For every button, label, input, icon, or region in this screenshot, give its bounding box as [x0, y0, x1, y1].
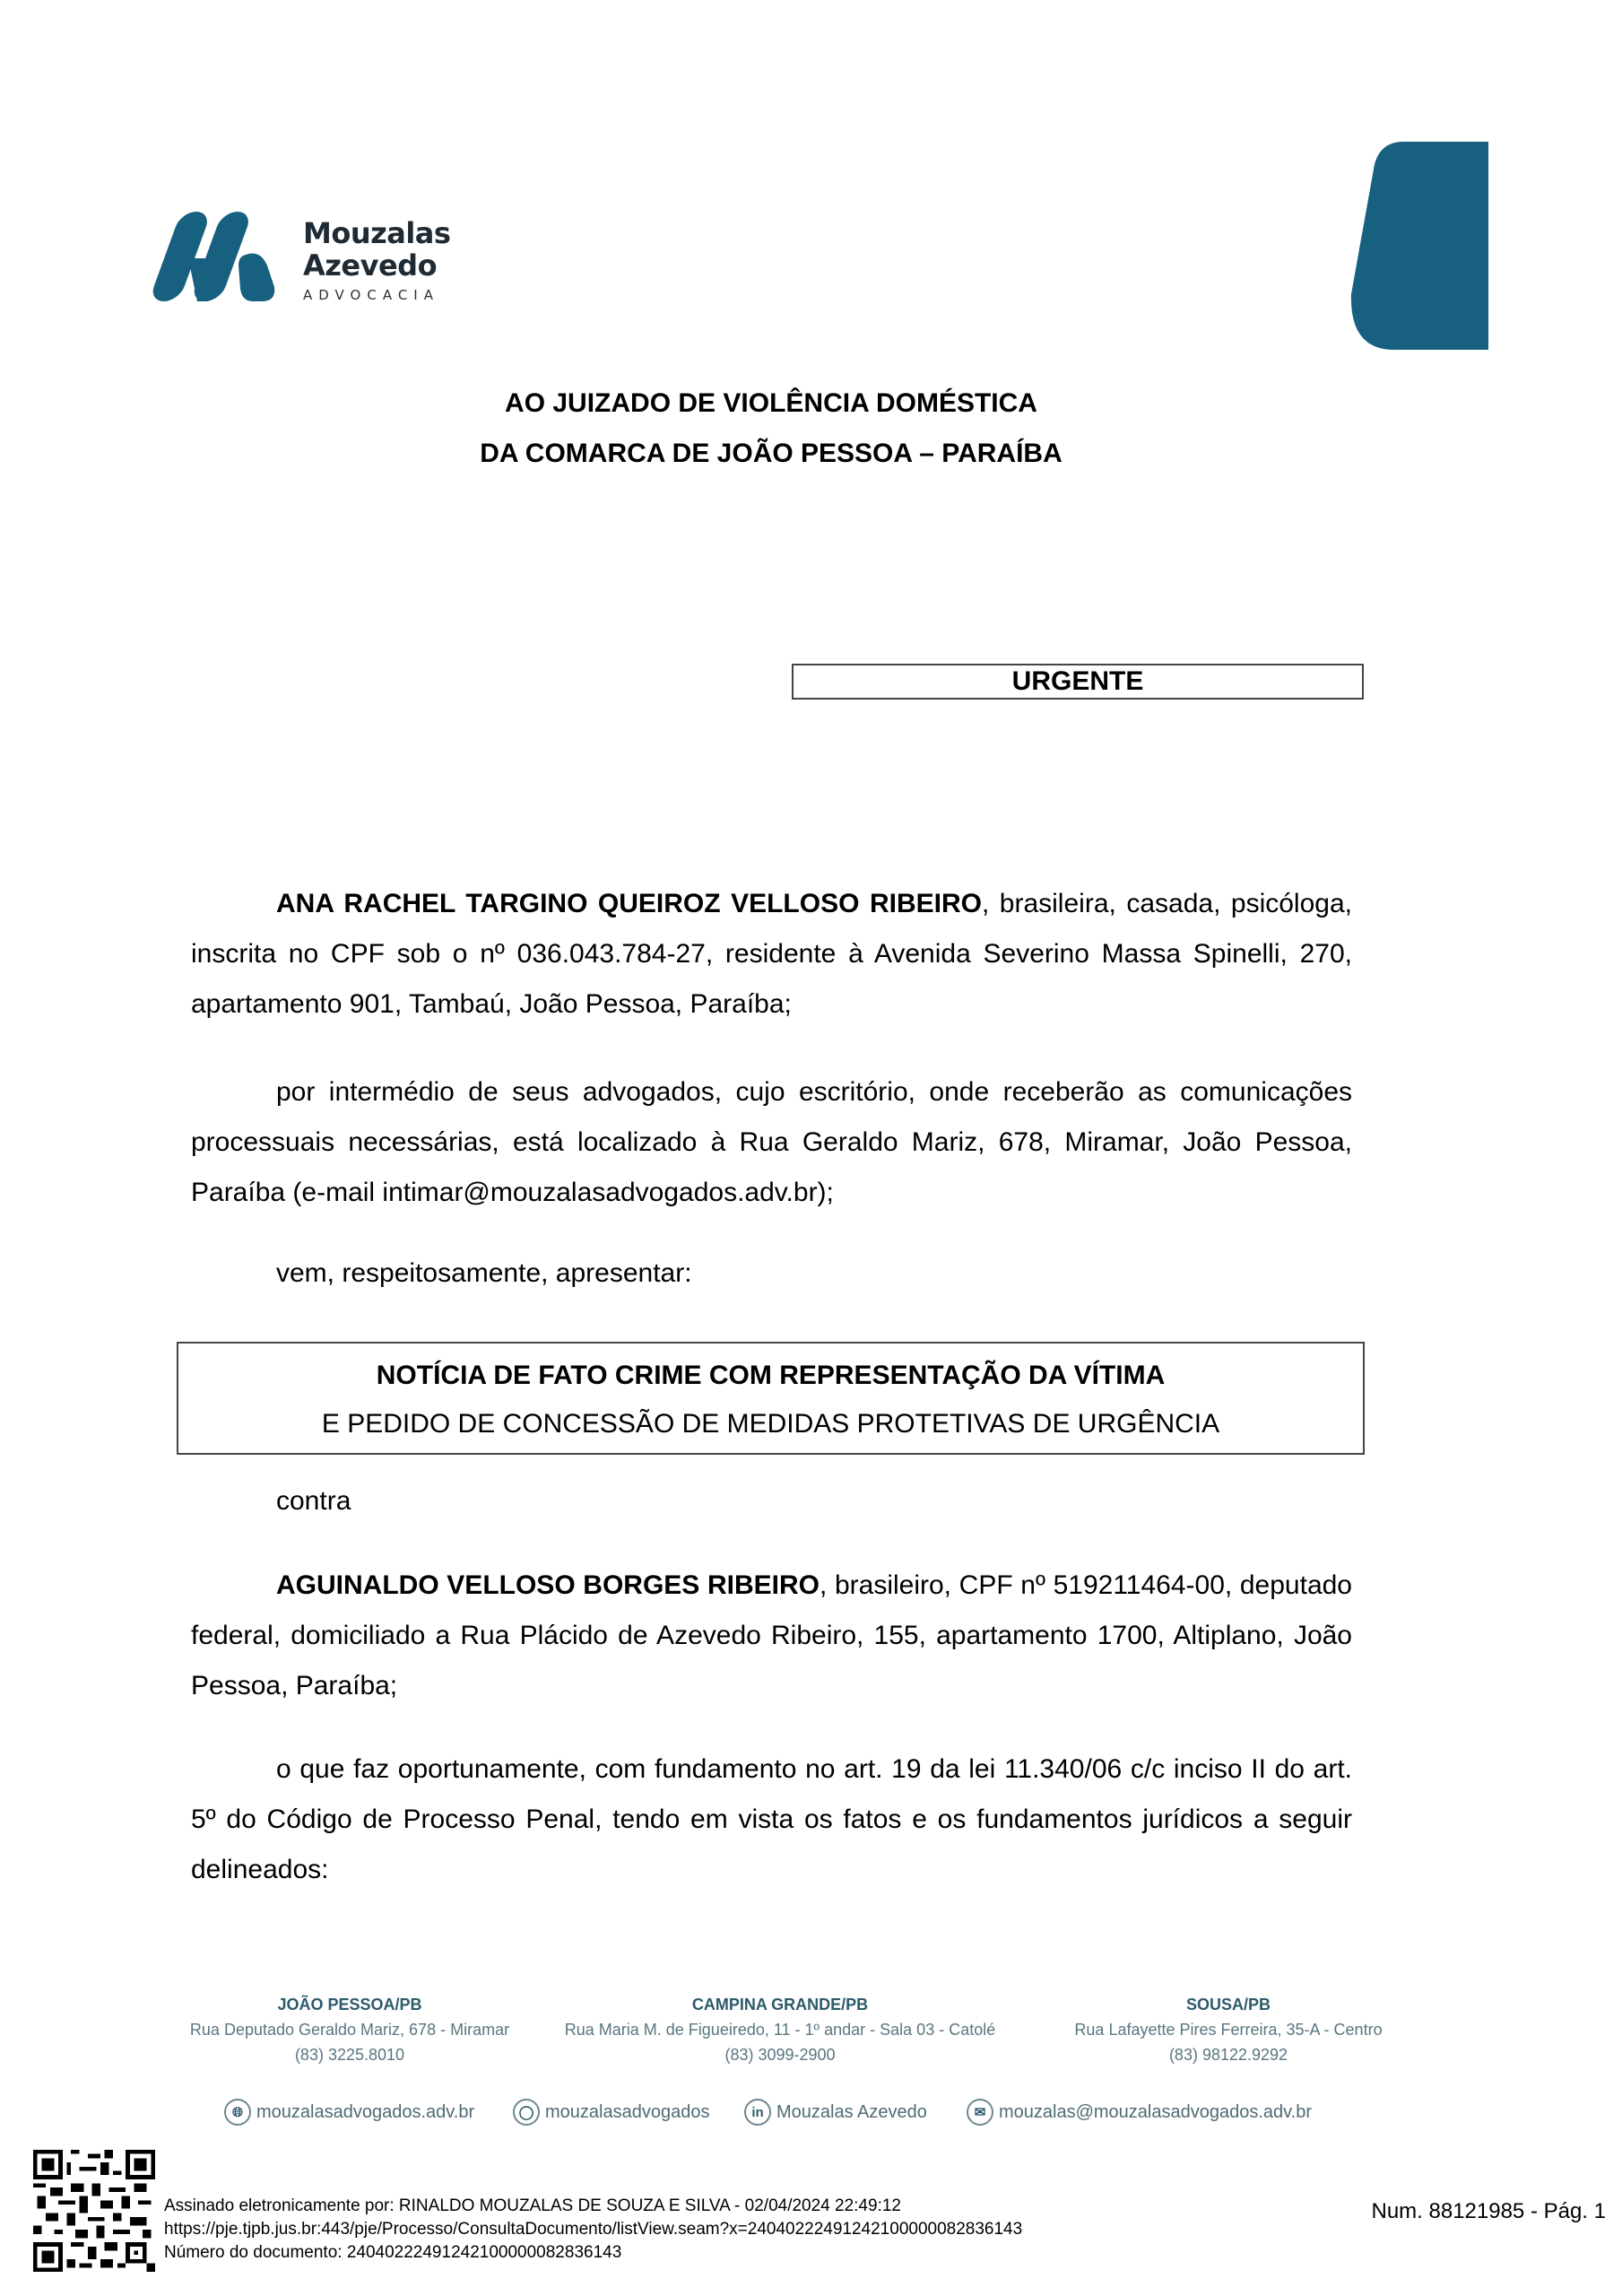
logo-subtitle: ADVOCACIA: [303, 287, 450, 303]
counsel-paragraph: por intermédio de seus advogados, cujo e…: [191, 1067, 1352, 1218]
office-address: Rua Deputado Geraldo Mariz, 678 - Mirama…: [161, 2016, 538, 2043]
logo-name-line2: Azevedo: [303, 249, 450, 282]
petitioner-paragraph: ANA RACHEL TARGINO QUEIROZ VELLOSO RIBEI…: [191, 879, 1352, 1030]
page-number: Num. 88121985 - Pág. 1: [1371, 2199, 1606, 2224]
qr-code-icon: [33, 2150, 155, 2272]
respondent-name: AGUINALDO VELLOSO BORGES RIBEIRO: [276, 1570, 820, 1600]
electronic-signature-block: Assinado eletronicamente por: RINALDO MO…: [164, 2195, 1022, 2265]
basis-paragraph: o que faz oportunamente, com fundamento …: [191, 1744, 1352, 1895]
office-phone: (83) 98122.9292: [1058, 2043, 1399, 2066]
contact-text: mouzalasadvogados: [545, 2102, 709, 2123]
against-paragraph: contra: [191, 1476, 1352, 1526]
document-url[interactable]: https://pje.tjpb.jus.br:443/pje/Processo…: [164, 2218, 1022, 2241]
basis-text: o que faz oportunamente, com fundamento …: [191, 1754, 1352, 1884]
logo-name-line1: Mouzalas: [303, 217, 450, 249]
office-city: SOUSA/PB: [1058, 1993, 1399, 2016]
firm-logo-mark-icon: [152, 212, 287, 301]
office-joao-pessoa: JOÃO PESSOA/PB Rua Deputado Geraldo Mari…: [161, 1993, 538, 2066]
office-phone: (83) 3099-2900: [556, 2043, 1004, 2066]
document-number: Número do documento: 2404022249124210000…: [164, 2241, 1022, 2265]
urgent-badge: URGENTE: [792, 664, 1364, 700]
office-city: JOÃO PESSOA/PB: [161, 1993, 538, 2016]
contact-linkedin[interactable]: in Mouzalas Azevedo: [744, 2099, 927, 2126]
contact-email[interactable]: ✉ mouzalas@mouzalasadvogados.adv.br: [967, 2099, 1312, 2126]
contact-text: mouzalas@mouzalasadvogados.adv.br: [999, 2102, 1312, 2123]
contact-instagram[interactable]: ◯ mouzalasadvogados: [513, 2099, 709, 2126]
addressee-line1: AO JUIZADO DE VIOLÊNCIA DOMÉSTICA: [0, 378, 1542, 429]
office-address: Rua Lafayette Pires Ferreira, 35-A - Cen…: [1058, 2016, 1399, 2043]
contact-text: mouzalasadvogados.adv.br: [256, 2102, 474, 2123]
contact-website[interactable]: 🌐︎ mouzalasadvogados.adv.br: [224, 2099, 474, 2126]
petition-title-line2: E PEDIDO DE CONCESSÃO DE MEDIDAS PROTETI…: [178, 1401, 1363, 1448]
office-city: CAMPINA GRANDE/PB: [556, 1993, 1004, 2016]
globe-icon: 🌐︎: [224, 2099, 251, 2126]
office-campina-grande: CAMPINA GRANDE/PB Rua Maria M. de Figuei…: [556, 1993, 1004, 2066]
corner-decoration-icon: [1349, 142, 1488, 350]
present-text: vem, respeitosamente, apresentar:: [276, 1258, 692, 1288]
office-locations: JOÃO PESSOA/PB Rua Deputado Geraldo Mari…: [161, 1993, 1417, 2074]
addressee-line2: DA COMARCA DE JOÃO PESSOA – PARAÍBA: [0, 429, 1542, 479]
present-paragraph: vem, respeitosamente, apresentar:: [191, 1248, 1352, 1299]
petition-title-line1: NOTÍCIA DE FATO CRIME COM REPRESENTAÇÃO …: [178, 1351, 1363, 1401]
against-text: contra: [276, 1486, 351, 1516]
linkedin-icon: in: [744, 2099, 771, 2126]
firm-logo: Mouzalas Azevedo ADVOCACIA: [152, 212, 448, 310]
respondent-paragraph: AGUINALDO VELLOSO BORGES RIBEIRO, brasil…: [191, 1561, 1352, 1711]
addressee-block: AO JUIZADO DE VIOLÊNCIA DOMÉSTICA DA COM…: [0, 378, 1542, 479]
contact-text: Mouzalas Azevedo: [776, 2102, 927, 2123]
office-phone: (83) 3225.8010: [161, 2043, 538, 2066]
contact-links: 🌐︎ mouzalasadvogados.adv.br ◯ mouzalasad…: [224, 2099, 1390, 2135]
instagram-icon: ◯: [513, 2099, 540, 2126]
petition-title-box: NOTÍCIA DE FATO CRIME COM REPRESENTAÇÃO …: [177, 1342, 1365, 1455]
petitioner-name: ANA RACHEL TARGINO QUEIROZ VELLOSO RIBEI…: [276, 889, 982, 918]
counsel-text: por intermédio de seus advogados, cujo e…: [191, 1077, 1352, 1207]
office-address: Rua Maria M. de Figueiredo, 11 - 1º anda…: [556, 2016, 1004, 2043]
mail-icon: ✉: [967, 2099, 993, 2126]
signed-by-text: Assinado eletronicamente por: RINALDO MO…: [164, 2195, 1022, 2218]
office-sousa: SOUSA/PB Rua Lafayette Pires Ferreira, 3…: [1058, 1993, 1399, 2066]
